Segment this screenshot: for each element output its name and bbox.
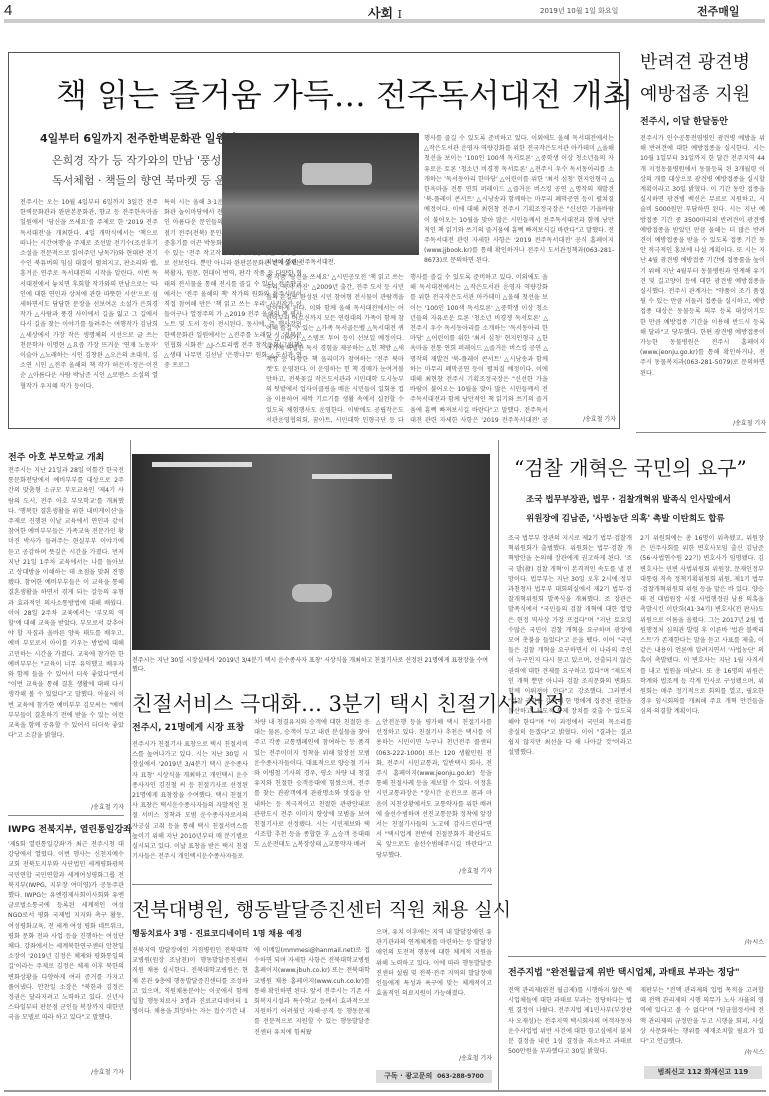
prosecution-col-2: 2기 위원회에는 총 16명이 위촉됐고, 위원장은 민주사회를 위한 변호사모… <box>640 534 764 918</box>
court-col-1: 전액 관리제(완전 월급제)를 시행하지 않은 택시업체들에 대한 과태료 부과… <box>508 986 632 1078</box>
ceiling-light <box>312 474 392 479</box>
book-festival-headline: 책 읽는 즐거움 가득… 전주독서대전 개최 <box>56 70 633 116</box>
rabies-headline-1: 반려견 광견병 <box>640 48 750 74</box>
book-festival-col-1: 전주시는 오는 10월 4일부터 6일까지 3일간 전주한벽문화관과 완판본문화… <box>20 198 158 423</box>
parent-school-headline: 전주 아호 부모학교 개최 <box>8 450 104 463</box>
book-festival-col-3: 램 작품 '당신을 쓰세요' △시민공모전 '책 읽고 쓰는 우리, 독서 사진… <box>266 273 404 423</box>
rabies-body: 전주시가 인수공통전염병인 광견병 예방을 위해 반려견에 대한 예방접종을 실… <box>640 134 765 416</box>
taxi-col-2: 차량 내 청결유지와 승객에 대한 친절한 응대는 물론, 승객이 두고 내린 … <box>254 718 370 872</box>
left-divider <box>8 815 124 816</box>
footer-bar <box>4 1090 766 1092</box>
taxi-divider <box>132 884 492 885</box>
rabies-subhead: 전주시, 이달 한달동안 <box>640 114 728 127</box>
contact-number: 063-288-9700 <box>437 1073 484 1080</box>
parent-school-byline: /송효철 기자 <box>60 803 124 812</box>
page-number: 4 <box>4 2 12 19</box>
iwpg-body: '제5회 열린통일강좌'가 최근 전주시청 대강당에서 열렸다. 이번 행사는 … <box>8 840 124 1068</box>
court-col-2: 재판부는 "전액 관리제의 입법 목적을 고려할 때 전액 관리제의 시행 의무… <box>640 986 764 1052</box>
book-festival-col-5: 행사를 즐길 수 있도록 준비하고 있다. 이외에도 올해 독서대전에서는 △작… <box>424 134 614 414</box>
rabies-divider <box>636 432 766 433</box>
prosecution-divider <box>508 956 766 957</box>
subscription-contact: 구독 · 광고문의 063-288-9700 <box>376 1070 492 1083</box>
taxi-photo-caption: 전주시는 지난 30일 시장실에서 '2019년 3/4분기 택시 운수종사자 … <box>132 656 490 674</box>
header-bar <box>4 19 765 23</box>
book-festival-subhead-1: 4일부터 6일까지 전주한벽문화관 일원서 <box>40 130 237 146</box>
issue-date: 2019년 10월 1일 화요일 <box>540 6 618 16</box>
ceiling-light <box>152 462 252 467</box>
hospital-col-2: 에 이메일(mmmesi@hanmail.net)로 접수하면 되며 자세한 사… <box>254 946 370 1080</box>
taxi-headline: 친절서비스 극대화… 3분기 택시 친절기사 선정 <box>132 688 565 718</box>
taxi-byline: /송효철 기자 <box>420 867 492 876</box>
prosecution-col-1: 조국 법무부 장관의 지시로 제2기 법무·검찰개혁위원회가 출범했다. 위원회… <box>508 534 632 918</box>
taxi-subhead: 전주시, 21명에게 시장 표창 <box>132 720 244 733</box>
parent-school-body: 전주시는 지난 21일과 28일 이틀간 한국전통문화전당에서 예비부부를 대상… <box>8 466 124 802</box>
hospital-headline: 전북대병원, 행동발달증진센터 직원 채용 실시 <box>132 895 511 922</box>
hospital-col-3: 으며, 유치 이후에는 지역 내 발달장애인 유관기관과의 연계체계를 마련하는… <box>376 928 492 1053</box>
hospital-col-1: 전북지역 발달장애인 거점병원인 전북대학교병원(원장 조남천)이 행동발달증진… <box>132 946 248 1080</box>
stage-light <box>302 163 372 185</box>
book-festival-byline: /송효철 기자 <box>540 415 616 424</box>
court-byline: /뉴시스 <box>700 1048 764 1057</box>
court-headline: 전주지법 "완전월급제 위반 택시업체, 과태료 부과는 정당" <box>508 965 740 978</box>
prosecution-subhead-2: 위원장에 김남준, '사법농단 의혹' 촉발 이탄희도 합류 <box>526 512 725 524</box>
hospital-byline: /송효철 기자 <box>420 1054 492 1063</box>
contact-label: 구독 · 광고문의 <box>384 1072 432 1080</box>
prosecution-subhead-1: 조국 법무부장관, 법무 · 검찰개혁위 발족식 인사말에서 <box>526 493 731 505</box>
book-festival-photo <box>222 133 419 255</box>
book-festival-subhead-2: 은희경 작가 등 작가와의 만남 '풍성' <box>52 152 224 168</box>
emergency-numbers: 범죄신고 112 화재신고 119 <box>644 1066 762 1079</box>
iwpg-byline: /송효철 기자 <box>60 1068 124 1077</box>
taxi-col-3: △안전운행 등을 평가해 택시 친절기사를 선정하고 있다. 친절기사 추천은 … <box>376 718 492 872</box>
taxi-col-1: 전주시가 친절기사 표창으로 택시 친절서비스를 높여나가고 있다. 시는 지난… <box>132 740 248 872</box>
iwpg-headline: IWPG 전북지부, 열린통일강좌 <box>8 822 132 835</box>
right-column-divider <box>498 440 499 1090</box>
newspaper-name: 전주매일 <box>697 3 740 19</box>
prosecution-byline: /뉴시스 <box>700 938 764 947</box>
rabies-byline: /송효철 기자 <box>690 419 766 428</box>
column-divider <box>130 440 131 1080</box>
book-festival-photo-caption: 지난해 열린 전주독서대전. <box>266 258 335 267</box>
rabies-headline-2: 예방접종 지원 <box>640 80 750 106</box>
book-festival-subhead-3: 독서체험 · 책들의 향연 북마켓 등 운영 <box>52 172 236 188</box>
handshake <box>292 584 332 602</box>
hospital-subhead: 행동치료사 3명 · 진료코디네이터 1명 채용 예정 <box>132 928 302 939</box>
prosecution-headline: “검찰 개혁은 국민의 요구” <box>514 452 747 481</box>
taxi-ceremony-photo <box>132 454 490 650</box>
